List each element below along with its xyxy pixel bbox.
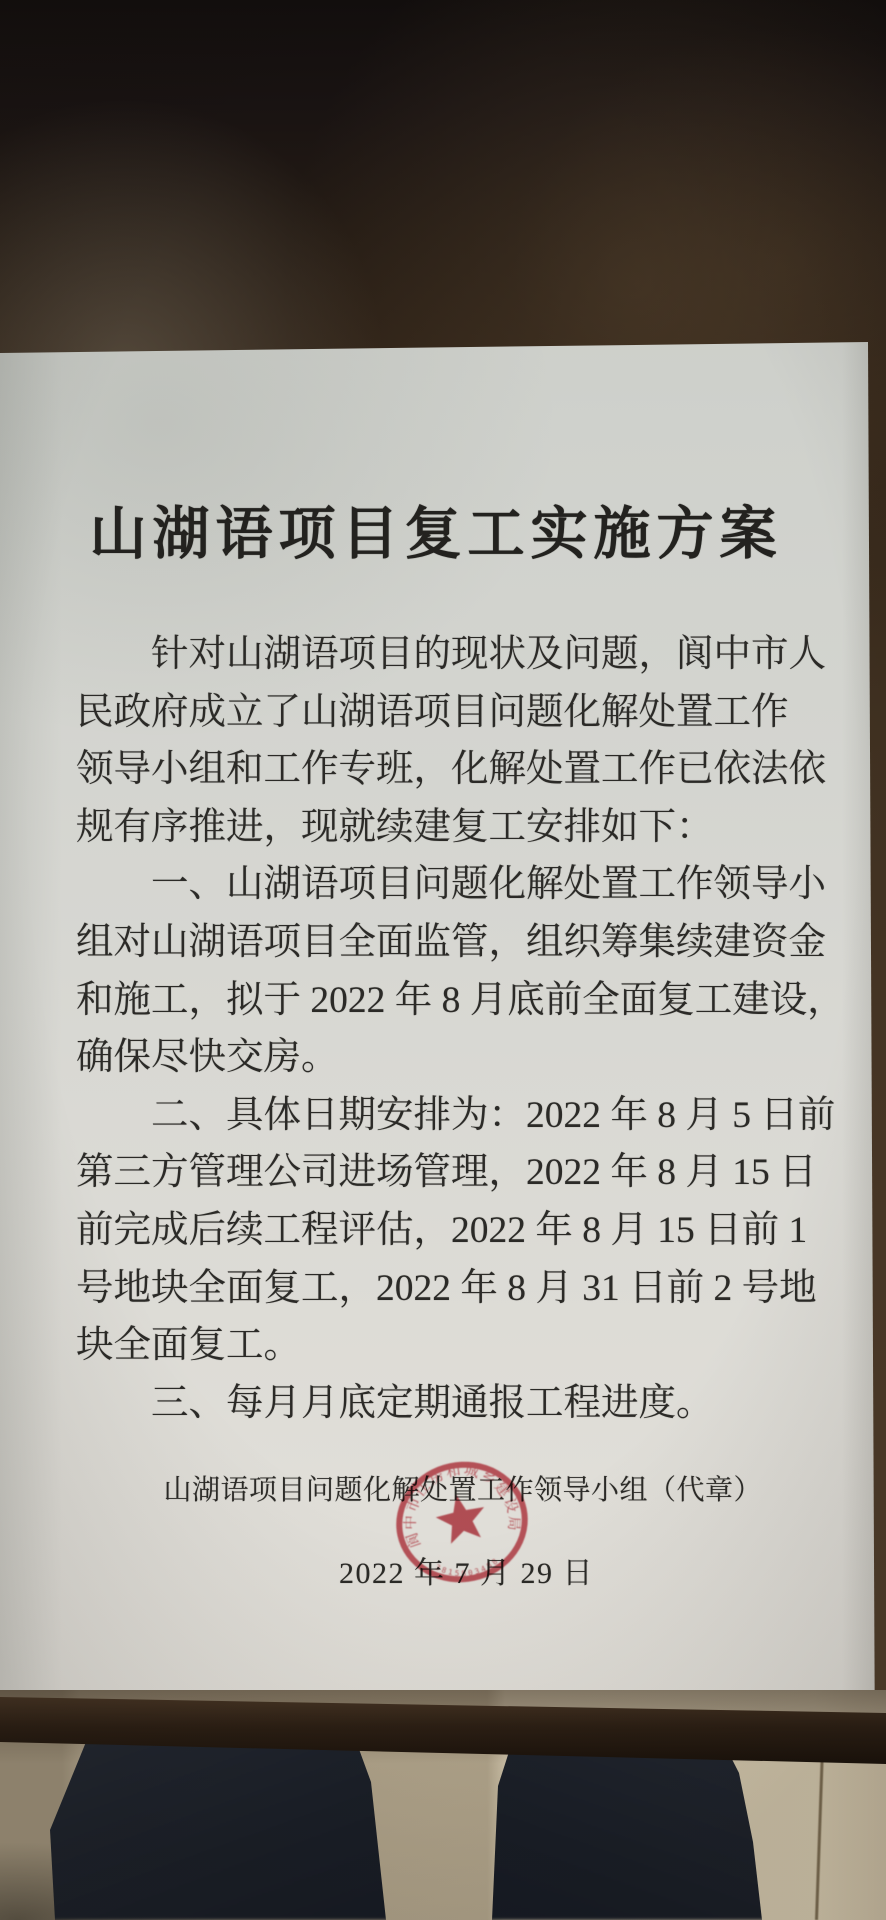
document-title: 山湖语项目复工实施方案 xyxy=(0,488,872,570)
document-body-line: 前完成后续工程评估，2022 年 8 月 15 日前 1 xyxy=(76,1202,816,1260)
document-body-line: 二、具体日期安排为：2022 年 8 月 5 日前 xyxy=(76,1087,816,1145)
document-body-line: 规有序推进，现就续建复工安排如下： xyxy=(76,799,816,857)
floor-seam-line xyxy=(815,1748,824,1920)
seal-star-icon xyxy=(432,1489,490,1545)
official-seal: 阆中市住房和城乡建设局 3815803488 xyxy=(367,1427,557,1617)
document-body-line: 一、山湖语项目问题化解处置工作领导小 xyxy=(76,856,816,914)
document-body-line: 领导小组和工作专班，化解处置工作已依法依 xyxy=(76,741,816,799)
document-body-line: 确保尽快交房。 xyxy=(76,1029,816,1087)
document-body-line: 三、每月月底定期通报工程进度。 xyxy=(76,1375,816,1433)
document-body-line: 和施工，拟于 2022 年 8 月底前全面复工建设， xyxy=(76,972,816,1030)
document-body-line: 民政府成立了山湖语项目问题化解处置工作 xyxy=(76,684,816,742)
document-body-line: 块全面复工。 xyxy=(76,1317,816,1375)
document-body-line: 针对山湖语项目的现状及问题，阆中市人 xyxy=(76,626,816,684)
document-body-line: 组对山湖语项目全面监管，组织筹集续建资金 xyxy=(76,914,816,972)
photo-scene: 山湖语项目复工实施方案 针对山湖语项目的现状及问题，阆中市人民政府成立了山湖语项… xyxy=(0,0,886,1920)
document-body-line: 号地块全面复工，2022 年 8 月 31 日前 2 号地 xyxy=(76,1260,816,1318)
document-body-line: 第三方管理公司进场管理，2022 年 8 月 15 日 xyxy=(76,1144,816,1202)
document-body: 针对山湖语项目的现状及问题，阆中市人民政府成立了山湖语项目问题化解处置工作领导小… xyxy=(76,626,816,1432)
